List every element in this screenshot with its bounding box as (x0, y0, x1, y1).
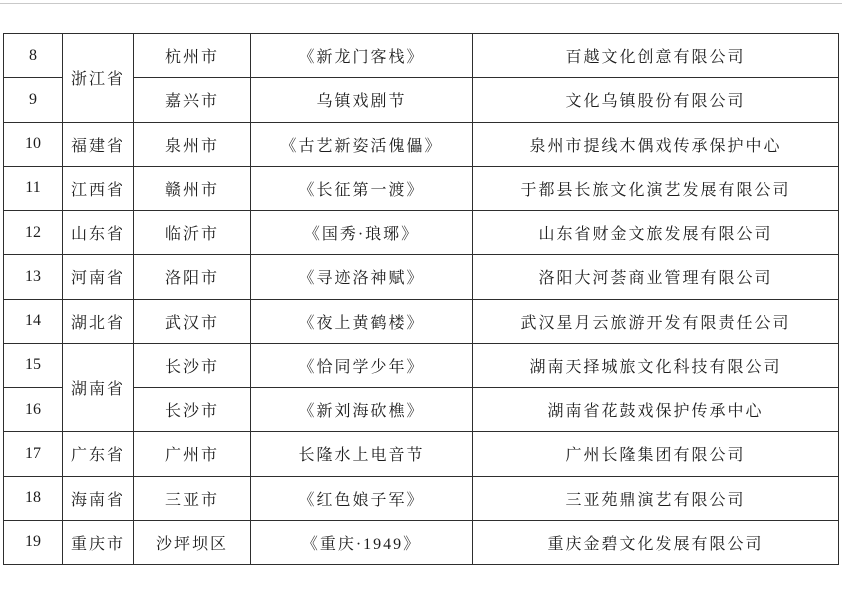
cell-company: 湖南天择城旅文化科技有限公司 (473, 343, 839, 387)
cell-company: 百越文化创意有限公司 (473, 34, 839, 78)
cell-city: 广州市 (134, 432, 251, 476)
page-top-divider (0, 3, 842, 4)
cell-city: 长沙市 (134, 343, 251, 387)
cell-province: 湖南省 (63, 343, 134, 432)
cell-show-name: 《长征第一渡》 (251, 166, 473, 210)
cell-city: 沙坪坝区 (134, 520, 251, 564)
cell-city: 武汉市 (134, 299, 251, 343)
table-row: 8浙江省杭州市《新龙门客栈》百越文化创意有限公司 (4, 34, 839, 78)
cell-number: 15 (4, 343, 63, 387)
table-row: 13河南省洛阳市《寻迹洛神赋》洛阳大河荟商业管理有限公司 (4, 255, 839, 299)
table-row: 12山东省临沂市《国秀·琅琊》山东省财金文旅发展有限公司 (4, 211, 839, 255)
cell-company: 泉州市提线木偶戏传承保护中心 (473, 122, 839, 166)
cell-city: 赣州市 (134, 166, 251, 210)
cell-show-name: 《夜上黄鹤楼》 (251, 299, 473, 343)
cell-number: 19 (4, 520, 63, 564)
cell-province: 海南省 (63, 476, 134, 520)
cell-province: 广东省 (63, 432, 134, 476)
cell-show-name: 《新刘海砍樵》 (251, 388, 473, 432)
cell-number: 11 (4, 166, 63, 210)
cell-show-name: 《红色娘子军》 (251, 476, 473, 520)
cell-number: 10 (4, 122, 63, 166)
cell-show-name: 《恰同学少年》 (251, 343, 473, 387)
cell-show-name: 《寻迹洛神赋》 (251, 255, 473, 299)
cell-show-name: 《重庆·1949》 (251, 520, 473, 564)
cell-province: 福建省 (63, 122, 134, 166)
cell-province: 河南省 (63, 255, 134, 299)
cell-city: 临沂市 (134, 211, 251, 255)
cell-company: 山东省财金文旅发展有限公司 (473, 211, 839, 255)
cell-show-name: 《新龙门客栈》 (251, 34, 473, 78)
cell-number: 13 (4, 255, 63, 299)
cell-city: 长沙市 (134, 388, 251, 432)
cell-city: 嘉兴市 (134, 78, 251, 122)
cell-company: 湖南省花鼓戏保护传承中心 (473, 388, 839, 432)
cell-number: 17 (4, 432, 63, 476)
cell-show-name: 《古艺新姿活傀儡》 (251, 122, 473, 166)
cell-show-name: 乌镇戏剧节 (251, 78, 473, 122)
document-page: 8浙江省杭州市《新龙门客栈》百越文化创意有限公司9嘉兴市乌镇戏剧节文化乌镇股份有… (0, 0, 842, 596)
table-row: 15湖南省长沙市《恰同学少年》湖南天择城旅文化科技有限公司 (4, 343, 839, 387)
cell-company: 于都县长旅文化演艺发展有限公司 (473, 166, 839, 210)
cell-province: 江西省 (63, 166, 134, 210)
cell-city: 三亚市 (134, 476, 251, 520)
cell-city: 洛阳市 (134, 255, 251, 299)
table-row: 11江西省赣州市《长征第一渡》于都县长旅文化演艺发展有限公司 (4, 166, 839, 210)
cell-company: 重庆金碧文化发展有限公司 (473, 520, 839, 564)
cell-province: 山东省 (63, 211, 134, 255)
table-row: 18海南省三亚市《红色娘子军》三亚苑鼎演艺有限公司 (4, 476, 839, 520)
cell-company: 武汉星月云旅游开发有限责任公司 (473, 299, 839, 343)
cell-number: 12 (4, 211, 63, 255)
table-body: 8浙江省杭州市《新龙门客栈》百越文化创意有限公司9嘉兴市乌镇戏剧节文化乌镇股份有… (4, 34, 839, 565)
table-row: 14湖北省武汉市《夜上黄鹤楼》武汉星月云旅游开发有限责任公司 (4, 299, 839, 343)
cell-number: 8 (4, 34, 63, 78)
cell-company: 文化乌镇股份有限公司 (473, 78, 839, 122)
cell-city: 杭州市 (134, 34, 251, 78)
cell-province: 重庆市 (63, 520, 134, 564)
cell-province: 湖北省 (63, 299, 134, 343)
cell-number: 16 (4, 388, 63, 432)
projects-table: 8浙江省杭州市《新龙门客栈》百越文化创意有限公司9嘉兴市乌镇戏剧节文化乌镇股份有… (3, 33, 839, 565)
cell-show-name: 《国秀·琅琊》 (251, 211, 473, 255)
cell-number: 14 (4, 299, 63, 343)
cell-province: 浙江省 (63, 34, 134, 123)
cell-company: 洛阳大河荟商业管理有限公司 (473, 255, 839, 299)
table-row: 10福建省泉州市《古艺新姿活傀儡》泉州市提线木偶戏传承保护中心 (4, 122, 839, 166)
cell-city: 泉州市 (134, 122, 251, 166)
cell-show-name: 长隆水上电音节 (251, 432, 473, 476)
cell-company: 三亚苑鼎演艺有限公司 (473, 476, 839, 520)
table-row: 17广东省广州市长隆水上电音节广州长隆集团有限公司 (4, 432, 839, 476)
cell-number: 18 (4, 476, 63, 520)
cell-number: 9 (4, 78, 63, 122)
table-row: 19重庆市沙坪坝区《重庆·1949》重庆金碧文化发展有限公司 (4, 520, 839, 564)
cell-company: 广州长隆集团有限公司 (473, 432, 839, 476)
